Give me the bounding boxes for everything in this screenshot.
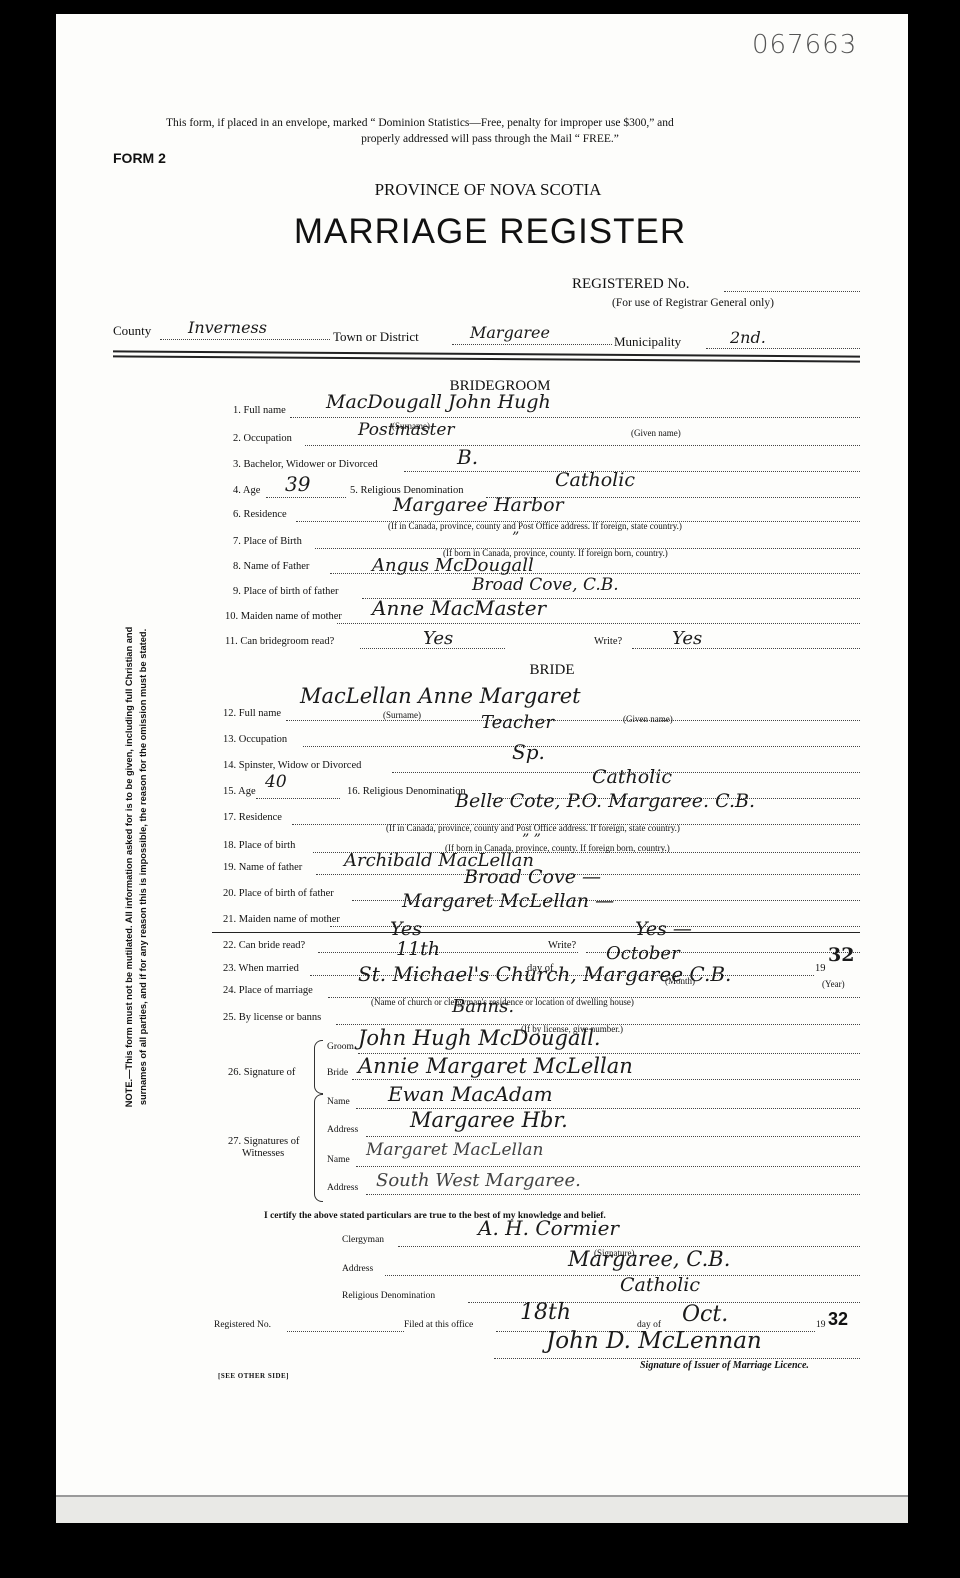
bride-father-birthplace-label: 20. Place of birth of father	[223, 888, 334, 899]
place-of-marriage-label: 24. Place of marriage	[223, 985, 313, 996]
filing-registered-field[interactable]	[287, 1331, 404, 1332]
clergyman-value: A. H. Cormier	[478, 1216, 619, 1240]
groom-religion-value: Catholic	[555, 469, 635, 491]
bride-given-hint: (Given name)	[623, 714, 673, 724]
bride-mother-label: 21. Maiden name of mother	[223, 914, 340, 925]
filed-at-office-label: Filed at this office	[404, 1320, 473, 1330]
when-married-year-prefix: 19	[815, 963, 826, 974]
witnesses-brace	[314, 1094, 323, 1202]
bride-residence-value: Belle Cote, P.O. Margaree. C.B.	[455, 790, 755, 812]
witness1-address-field[interactable]	[366, 1136, 860, 1137]
bride-occupation-label: 13. Occupation	[223, 734, 287, 745]
bride-age-label: 15. Age	[223, 786, 256, 797]
bride-full-name-field[interactable]	[286, 720, 860, 721]
groom-residence-value: Margaree Harbor	[393, 494, 564, 516]
groom-can-write-label: Write?	[594, 636, 622, 647]
groom-full-name-label: 1. Full name	[233, 405, 286, 416]
groom-age-value: 39	[285, 472, 310, 496]
bride-can-read-label: 22. Can bride read?	[223, 940, 305, 951]
bride-religion-label: 16. Religious Denomination	[347, 786, 466, 797]
groom-can-write-field[interactable]	[632, 648, 860, 649]
bride-father-birthplace-value: Broad Cove —	[464, 866, 601, 888]
side-note: NOTE.—This form must not be mutilated. A…	[122, 542, 150, 1192]
form-label: FORM 2	[113, 150, 166, 166]
when-married-year-value: 32	[828, 944, 854, 966]
municipality-value: 2nd.	[730, 328, 766, 347]
clergy-religion-label: Religious Denomination	[342, 1291, 435, 1301]
town-field[interactable]	[452, 344, 612, 345]
clergy-religion-value: Catholic	[620, 1274, 700, 1296]
license-banns-label: 25. By license or banns	[223, 1012, 321, 1023]
bride-can-write-label: Write?	[548, 940, 576, 951]
bride-father-label: 19. Name of father	[223, 862, 302, 873]
page-title: MARRIAGE REGISTER	[0, 212, 960, 252]
issuer-signature-value: John D. McLennan	[546, 1328, 762, 1354]
witnesses-label-line1: 27. Signatures of	[228, 1136, 299, 1147]
witness2-address-field[interactable]	[366, 1194, 860, 1195]
groom-occupation-label: 2. Occupation	[233, 433, 292, 444]
groom-full-name-field[interactable]	[290, 417, 860, 418]
groom-mother-value: Anne MacMaster	[372, 596, 546, 620]
issuer-signature-field[interactable]	[494, 1358, 860, 1359]
clergyman-label: Clergyman	[342, 1235, 384, 1245]
bride-can-read-value: Yes	[390, 918, 422, 940]
bride-can-write-value: Yes —	[635, 918, 692, 940]
bride-age-value: 40	[265, 772, 287, 792]
registered-no-note: (For use of Registrar General only)	[612, 297, 774, 309]
groom-mother-field[interactable]	[337, 623, 860, 624]
issuer-signature-caption: Signature of Issuer of Marriage Licence.	[640, 1360, 809, 1371]
groom-occupation-field[interactable]	[305, 445, 860, 446]
groom-status-value: B.	[457, 445, 478, 469]
town-value: Margaree	[470, 323, 550, 342]
witness1-name-label: Name	[327, 1097, 350, 1107]
see-other-side: [SEE OTHER SIDE]	[218, 1372, 289, 1380]
groom-birthplace-value: ”	[512, 530, 519, 546]
bride-can-read-field[interactable]	[318, 952, 578, 953]
witness1-name-value: Ewan MacAdam	[388, 1082, 553, 1106]
bride-age-field[interactable]	[256, 798, 340, 799]
town-label: Town or District	[333, 329, 419, 345]
groom-residence-hint: (If in Canada, province, county and Post…	[388, 521, 682, 531]
groom-occupation-value: Postmaster	[358, 420, 455, 440]
clergy-address-label: Address	[342, 1264, 373, 1274]
county-value: Inverness	[188, 318, 267, 337]
side-note-line1: NOTE.—This form must not be mutilated. A…	[122, 542, 136, 1192]
when-married-day-value: 11th	[396, 938, 440, 960]
groom-birthplace-label: 7. Place of Birth	[233, 536, 302, 547]
groom-given-hint: (Given name)	[631, 428, 681, 438]
groom-age-label: 4. Age	[233, 485, 260, 496]
groom-father-birthplace-label: 9. Place of birth of father	[233, 586, 339, 597]
municipality-label: Municipality	[614, 334, 681, 350]
groom-father-birthplace-value: Broad Cove, C.B.	[472, 575, 619, 595]
filed-year-value: 32	[828, 1309, 848, 1330]
signature-of-label: 26. Signature of	[228, 1067, 295, 1078]
mail-notice-line2: properly addressed will pass through the…	[0, 133, 960, 145]
bride-residence-label: 17. Residence	[223, 812, 282, 823]
paper-fold-edge	[56, 1495, 908, 1523]
witness2-address-label: Address	[327, 1183, 358, 1193]
groom-status-label: 3. Bachelor, Widower or Divorced	[233, 459, 378, 470]
groom-full-name-value: MacDougall John Hugh	[326, 391, 551, 413]
groom-residence-label: 6. Residence	[233, 509, 287, 520]
bride-religion-value: Catholic	[592, 766, 672, 788]
bride-section-divider	[212, 932, 860, 933]
side-note-line2: surnames of all parties, and if for any …	[136, 542, 150, 1192]
groom-father-value: Angus McDougall	[372, 555, 534, 576]
mail-notice-line1: This form, if placed in an envelope, mar…	[166, 117, 674, 129]
filed-day-value: 18th	[520, 1300, 571, 1325]
stamp-number: 067663	[752, 30, 857, 60]
groom-signature-value: John Hugh McDougall.	[358, 1026, 601, 1050]
witness1-address-value: Margaree Hbr.	[410, 1108, 568, 1132]
bride-occupation-value: Teacher	[481, 712, 554, 733]
groom-age-field[interactable]	[266, 497, 346, 498]
witness1-address-label: Address	[327, 1125, 358, 1135]
license-banns-value: Banns.	[452, 996, 514, 1017]
bride-birthplace-label: 18. Place of birth	[223, 840, 295, 851]
county-label: County	[113, 323, 151, 339]
bride-status-label: 14. Spinster, Widow or Divorced	[223, 760, 361, 771]
registered-no-label: REGISTERED No.	[572, 276, 690, 293]
filed-month-value: Oct.	[682, 1302, 728, 1327]
bride-mother-value: Margaret McLellan —	[402, 890, 614, 912]
groom-can-write-value: Yes	[672, 628, 702, 649]
witness2-name-field[interactable]	[356, 1166, 860, 1167]
registered-no-field[interactable]	[724, 291, 860, 292]
witness2-name-label: Name	[327, 1155, 350, 1165]
clergy-address-value: Margaree, C.B.	[568, 1247, 730, 1271]
groom-can-read-label: 11. Can bridegroom read?	[225, 636, 334, 647]
province-heading: PROVINCE OF NOVA SCOTIA	[0, 180, 960, 200]
bride-surname-hint: (Surname)	[383, 710, 421, 720]
when-married-year-hint: (Year)	[822, 979, 845, 989]
bride-status-value: Sp.	[512, 740, 545, 764]
place-of-marriage-value: St. Michael's Church, Margaree C.B.	[358, 962, 731, 986]
witnesses-label-line2: Witnesses	[242, 1148, 284, 1159]
bride-full-name-label: 12. Full name	[223, 708, 281, 719]
when-married-label: 23. When married	[223, 963, 299, 974]
when-married-month-value: October	[606, 943, 680, 964]
groom-father-label: 8. Name of Father	[233, 561, 309, 572]
bride-signature-value: Annie Margaret McLellan	[358, 1054, 633, 1078]
witness2-name-value: Margaret MacLellan	[366, 1140, 543, 1160]
groom-mother-label: 10. Maiden name of mother	[225, 611, 342, 622]
county-field[interactable]	[160, 339, 330, 340]
witness2-address-value: South West Margaree.	[376, 1170, 581, 1191]
bride-full-name-value: MacLellan Anne Margaret	[300, 684, 581, 708]
groom-signature-label: Groom	[327, 1042, 354, 1052]
groom-can-read-value: Yes	[423, 628, 453, 649]
bride-signature-label: Bride	[327, 1068, 348, 1078]
municipality-field[interactable]	[706, 348, 860, 349]
bride-occupation-field[interactable]	[303, 746, 860, 747]
bride-signature-field[interactable]	[352, 1079, 860, 1080]
signature-brace	[314, 1040, 323, 1094]
filing-registered-label: Registered No.	[214, 1320, 271, 1330]
filed-year-prefix: 19	[816, 1320, 826, 1330]
